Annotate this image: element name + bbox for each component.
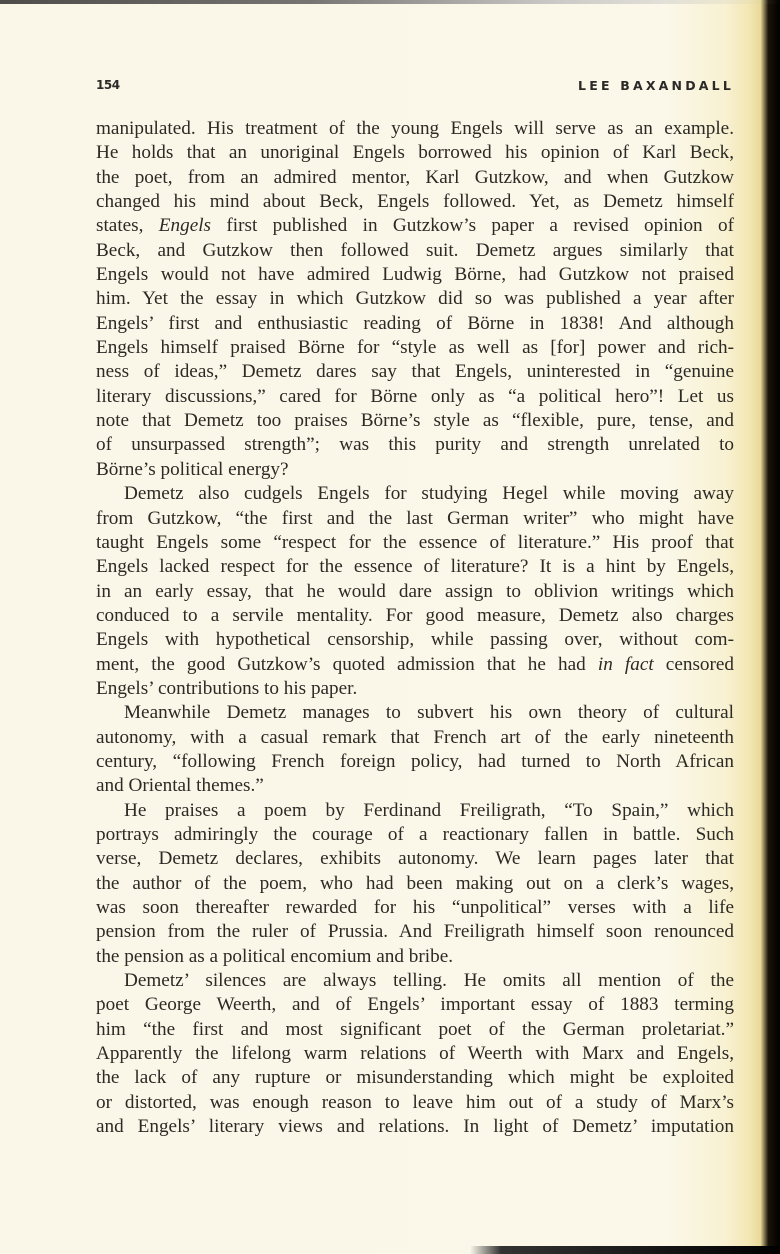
text-run: first published in Gutzkow’s paper a rev… [211, 215, 734, 236]
paragraph-end-line: the pension as a political encomium and … [96, 945, 734, 969]
text-run: ment, the good Gutzkow’s quoted admissio… [96, 654, 598, 675]
text-line: the lack of any rupture or misunderstand… [96, 1066, 734, 1090]
print-speck [101, 1000, 103, 1002]
text-line: autonomy, with a casual remark that Fren… [96, 726, 734, 750]
text-line: the poet, from an admired mentor, Karl G… [96, 166, 734, 190]
text-line: note that Demetz too praises Börne’s sty… [96, 409, 734, 433]
text-line: Engels lacked respect for the essence of… [96, 555, 734, 579]
page-bottom-edge-shadow [470, 1246, 780, 1254]
page-top-edge-shadow [0, 0, 780, 4]
paragraph-end-line: and Oriental themes.” [96, 774, 734, 798]
text-line: in an early essay, that he would dare as… [96, 580, 734, 604]
text-line: conduced to a servile mentality. For goo… [96, 604, 734, 628]
text-line: poet George Weerth, and of Engels’ impor… [96, 993, 734, 1017]
text-line: Engels’ first and enthusiastic reading o… [96, 312, 734, 336]
paragraph-end-line: Engels’ contributions to his paper. [96, 677, 734, 701]
text-line: literary discussions,” cared for Börne o… [96, 385, 734, 409]
text-line: changed his mind about Beck, Engels foll… [96, 190, 734, 214]
text-line: manipulated. His treatment of the young … [96, 117, 734, 141]
book-page: 154 LEE BAXANDALL manipulated. His treat… [0, 0, 780, 1254]
text-line: Beck, and Gutzkow then followed suit. De… [96, 239, 734, 263]
text-line: ment, the good Gutzkow’s quoted admissio… [96, 653, 734, 677]
text-line: century, “following French foreign polic… [96, 750, 734, 774]
text-line: states, Engels first published in Gutzko… [96, 214, 734, 238]
italic-emphasis: in fact [598, 654, 654, 675]
text-line: of unsurpassed strength”; was this purit… [96, 433, 734, 457]
text-line: He holds that an unoriginal Engels borro… [96, 141, 734, 165]
text-line: Apparently the lifelong warm relations o… [96, 1042, 734, 1066]
text-line: the author of the poem, who had been mak… [96, 872, 734, 896]
paragraph-start-line: He praises a poem by Ferdinand Freiligra… [96, 799, 734, 823]
text-line: was soon thereafter rewarded for his “un… [96, 896, 734, 920]
text-line: from Gutzkow, “the first and the last Ge… [96, 507, 734, 531]
text-line: or distorted, was enough reason to leave… [96, 1091, 734, 1115]
text-line: and Engels’ literary views and relations… [96, 1115, 734, 1139]
text-line: ness of ideas,” Demetz dares say that En… [96, 360, 734, 384]
text-line: Engels with hypothetical censorship, whi… [96, 628, 734, 652]
text-run: states, [96, 215, 159, 236]
text-line: verse, Demetz declares, exhibits autonom… [96, 847, 734, 871]
text-line: Engels himself praised Börne for “style … [96, 336, 734, 360]
paragraph-start-line: Meanwhile Demetz manages to subvert his … [96, 701, 734, 725]
text-run: censored [654, 654, 734, 675]
running-head-author: LEE BAXANDALL [578, 78, 734, 93]
paragraph-end-line: Börne’s political energy? [96, 458, 734, 482]
text-line: him. Yet the essay in which Gutzkow did … [96, 287, 734, 311]
running-head: 154 LEE BAXANDALL [96, 78, 734, 100]
paragraph-start-line: Demetz also cudgels Engels for studying … [96, 482, 734, 506]
text-line: taught Engels some “respect for the esse… [96, 531, 734, 555]
italic-emphasis: Engels [159, 215, 211, 236]
page-number: 154 [96, 78, 120, 92]
text-line: Engels would not have admired Ludwig Bör… [96, 263, 734, 287]
body-text: manipulated. His treatment of the young … [96, 117, 734, 1139]
text-line: pension from the ruler of Prussia. And F… [96, 920, 734, 944]
paragraph-start-line: Demetz’ silences are always telling. He … [96, 969, 734, 993]
text-line: him “the first and most significant poet… [96, 1018, 734, 1042]
text-line: portrays admiringly the courage of a rea… [96, 823, 734, 847]
